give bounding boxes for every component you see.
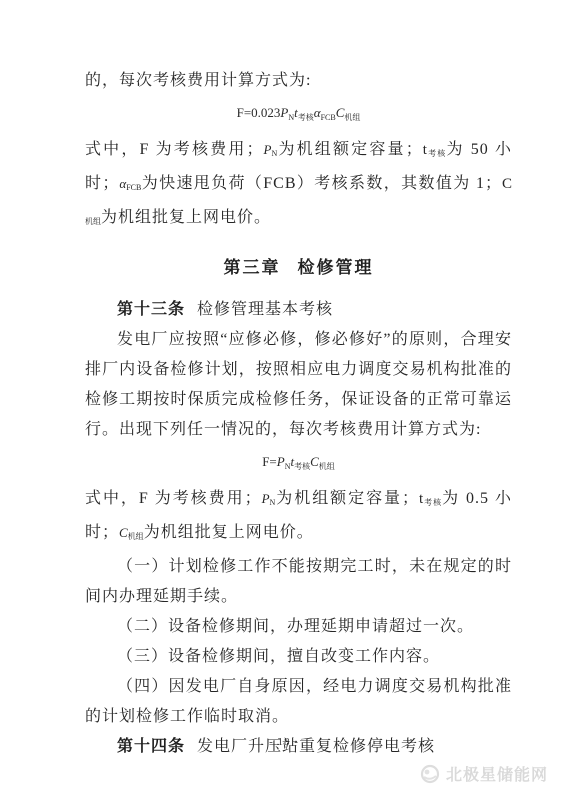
inline-symbol: PN	[262, 491, 276, 506]
formula-subscript: FCB	[321, 113, 336, 122]
symbol-base: C	[119, 525, 128, 540]
paragraph-continuation: 的，每次考核费用计算方式为:	[85, 66, 512, 96]
chapter-heading: 第三章检修管理	[85, 253, 512, 283]
chapter-title: 检修管理	[298, 258, 374, 277]
formula-repair-fee: F=PNt考核C机组	[85, 447, 512, 482]
formula-subscript: 考核	[298, 113, 314, 122]
clause-item-2: （二）设备检修期间，办理延期申请超过一次。	[85, 612, 512, 642]
formula-subscript: 机组	[319, 462, 335, 471]
formula-subscript: 考核	[294, 462, 310, 471]
inline-symbol: t考核	[419, 491, 442, 506]
paragraph-fcb-explanation: 式中，F 为考核费用；PN为机组额定容量；t考核为 50 小时；αFCB为快速甩…	[85, 135, 512, 237]
watermark-text: 北极星储能网	[446, 762, 548, 785]
clause-item-3: （三）设备检修期间，擅自改变工作内容。	[85, 642, 512, 672]
formula-prefix: F=0.023	[237, 105, 281, 120]
paragraph-repair-explanation: 式中，F 为考核费用；PN为机组额定容量；t考核为 0.5 小时；C机组为机组批…	[85, 484, 512, 552]
inline-symbol: PN	[264, 142, 278, 157]
text-segment: 为机组批复上网电价。	[101, 209, 271, 226]
text-segment: 式中，F 为考核费用；	[85, 141, 264, 158]
symbol-subscript: 机组	[128, 532, 144, 541]
article-title: 检修管理基本考核	[197, 301, 333, 318]
formula-variable: P	[277, 454, 285, 469]
formula-subscript: 机组	[344, 113, 360, 122]
text-segment: 式中，F 为考核费用；	[85, 490, 262, 507]
formula-fcb-fee: F=0.023PNt考核αFCBC机组	[85, 98, 512, 133]
symbol-subscript: 机组	[85, 217, 101, 226]
inline-symbol: αFCB	[119, 176, 141, 191]
symbol-subscript: FCB	[126, 183, 141, 192]
formula-variable: α	[314, 105, 321, 120]
paragraph-article13: 发电厂应按照“应修必修，修必修好”的原则，合理安排厂内设备检修计划，按照相应电力…	[85, 325, 512, 445]
symbol-base: C	[502, 176, 512, 192]
chapter-number: 第三章	[224, 258, 281, 277]
symbol-subscript: 考核	[423, 498, 442, 507]
text-segment: 为机组批复上网电价。	[144, 524, 314, 541]
inline-symbol: t考核	[423, 142, 447, 157]
text-segment: 为机组额定容量；	[277, 141, 422, 158]
document-page: 的，每次考核费用计算方式为: F=0.023PNt考核αFCBC机组 式中，F …	[0, 0, 568, 800]
inline-symbol: C机组	[119, 525, 144, 540]
watermark: 北极星储能网	[420, 762, 548, 785]
article-13-heading: 第十三条检修管理基本考核	[85, 295, 512, 325]
text-segment: 为快速甩负荷（FCB）考核系数，其数值为 1；	[141, 175, 502, 192]
clause-item-4: （四）因发电厂自身原因，经电力调度交易机构批准的计划检修工作临时取消。	[85, 672, 512, 732]
formula-prefix: F=	[262, 454, 277, 469]
symbol-base: P	[262, 491, 270, 506]
page-number: - 18 -	[0, 736, 568, 748]
article-number: 第十三条	[117, 301, 185, 318]
clause-item-1: （一）计划检修工作不能按期完工时，未在规定的时间内办理延期手续。	[85, 552, 512, 612]
symbol-subscript: 考核	[427, 149, 447, 158]
watermark-logo-icon	[420, 764, 440, 784]
formula-variable: C	[310, 454, 319, 469]
text-segment: 为机组额定容量；	[275, 490, 419, 507]
